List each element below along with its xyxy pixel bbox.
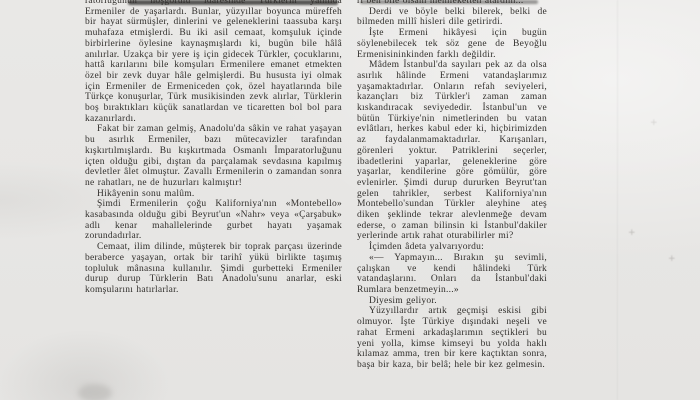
scanned-page: ratorluğunun hoşgörülü idaresinde Türkle…: [0, 0, 700, 400]
paragraph: ratorluğunun hoşgörülü idaresinde Türkle…: [85, 0, 342, 124]
paragraph: Cemaat, ilim dilinde, müşterek bir topra…: [85, 242, 342, 296]
paragraph: İçimden âdeta yalvarıyordu:: [357, 242, 547, 253]
paragraph: «— Yapmayın... Bırakın şu sevimli, çalış…: [357, 253, 547, 296]
paragraph: rı ben bile olsam memleketten atardım...: [357, 0, 547, 7]
paragraph: Derdi ve böyle belki bilerek, belki de b…: [357, 7, 547, 28]
paragraph: Yüzyıllardır artık geçmişi eskisi gibi o…: [357, 306, 547, 370]
registration-mark: +: [668, 254, 676, 264]
text-column-right: rı ben bile olsam memleketten atardım...…: [357, 0, 547, 400]
paragraph: Mâdem İstanbul'da sayıları pek az da ols…: [357, 60, 547, 242]
registration-mark: +: [650, 118, 658, 128]
scan-smudge-bottom-left: [78, 384, 112, 400]
registration-mark: +: [628, 228, 636, 238]
paragraph: Fakat bir zaman gelmiş, Anadolu'da sâkin…: [85, 124, 342, 188]
text-column-left: ratorluğunun hoşgörülü idaresinde Türkle…: [85, 0, 342, 400]
paragraph: Şimdi Ermenilerin çoğu Kaliforniya'nın «…: [85, 199, 342, 242]
paragraph: İşte Ermeni hikâyesi için bugün söyleneb…: [357, 28, 547, 60]
paragraph: Hikâyenin sonu malûm.: [85, 189, 342, 200]
paragraph: Diyesim geliyor.: [357, 296, 547, 307]
fold-crease: [617, 0, 619, 400]
